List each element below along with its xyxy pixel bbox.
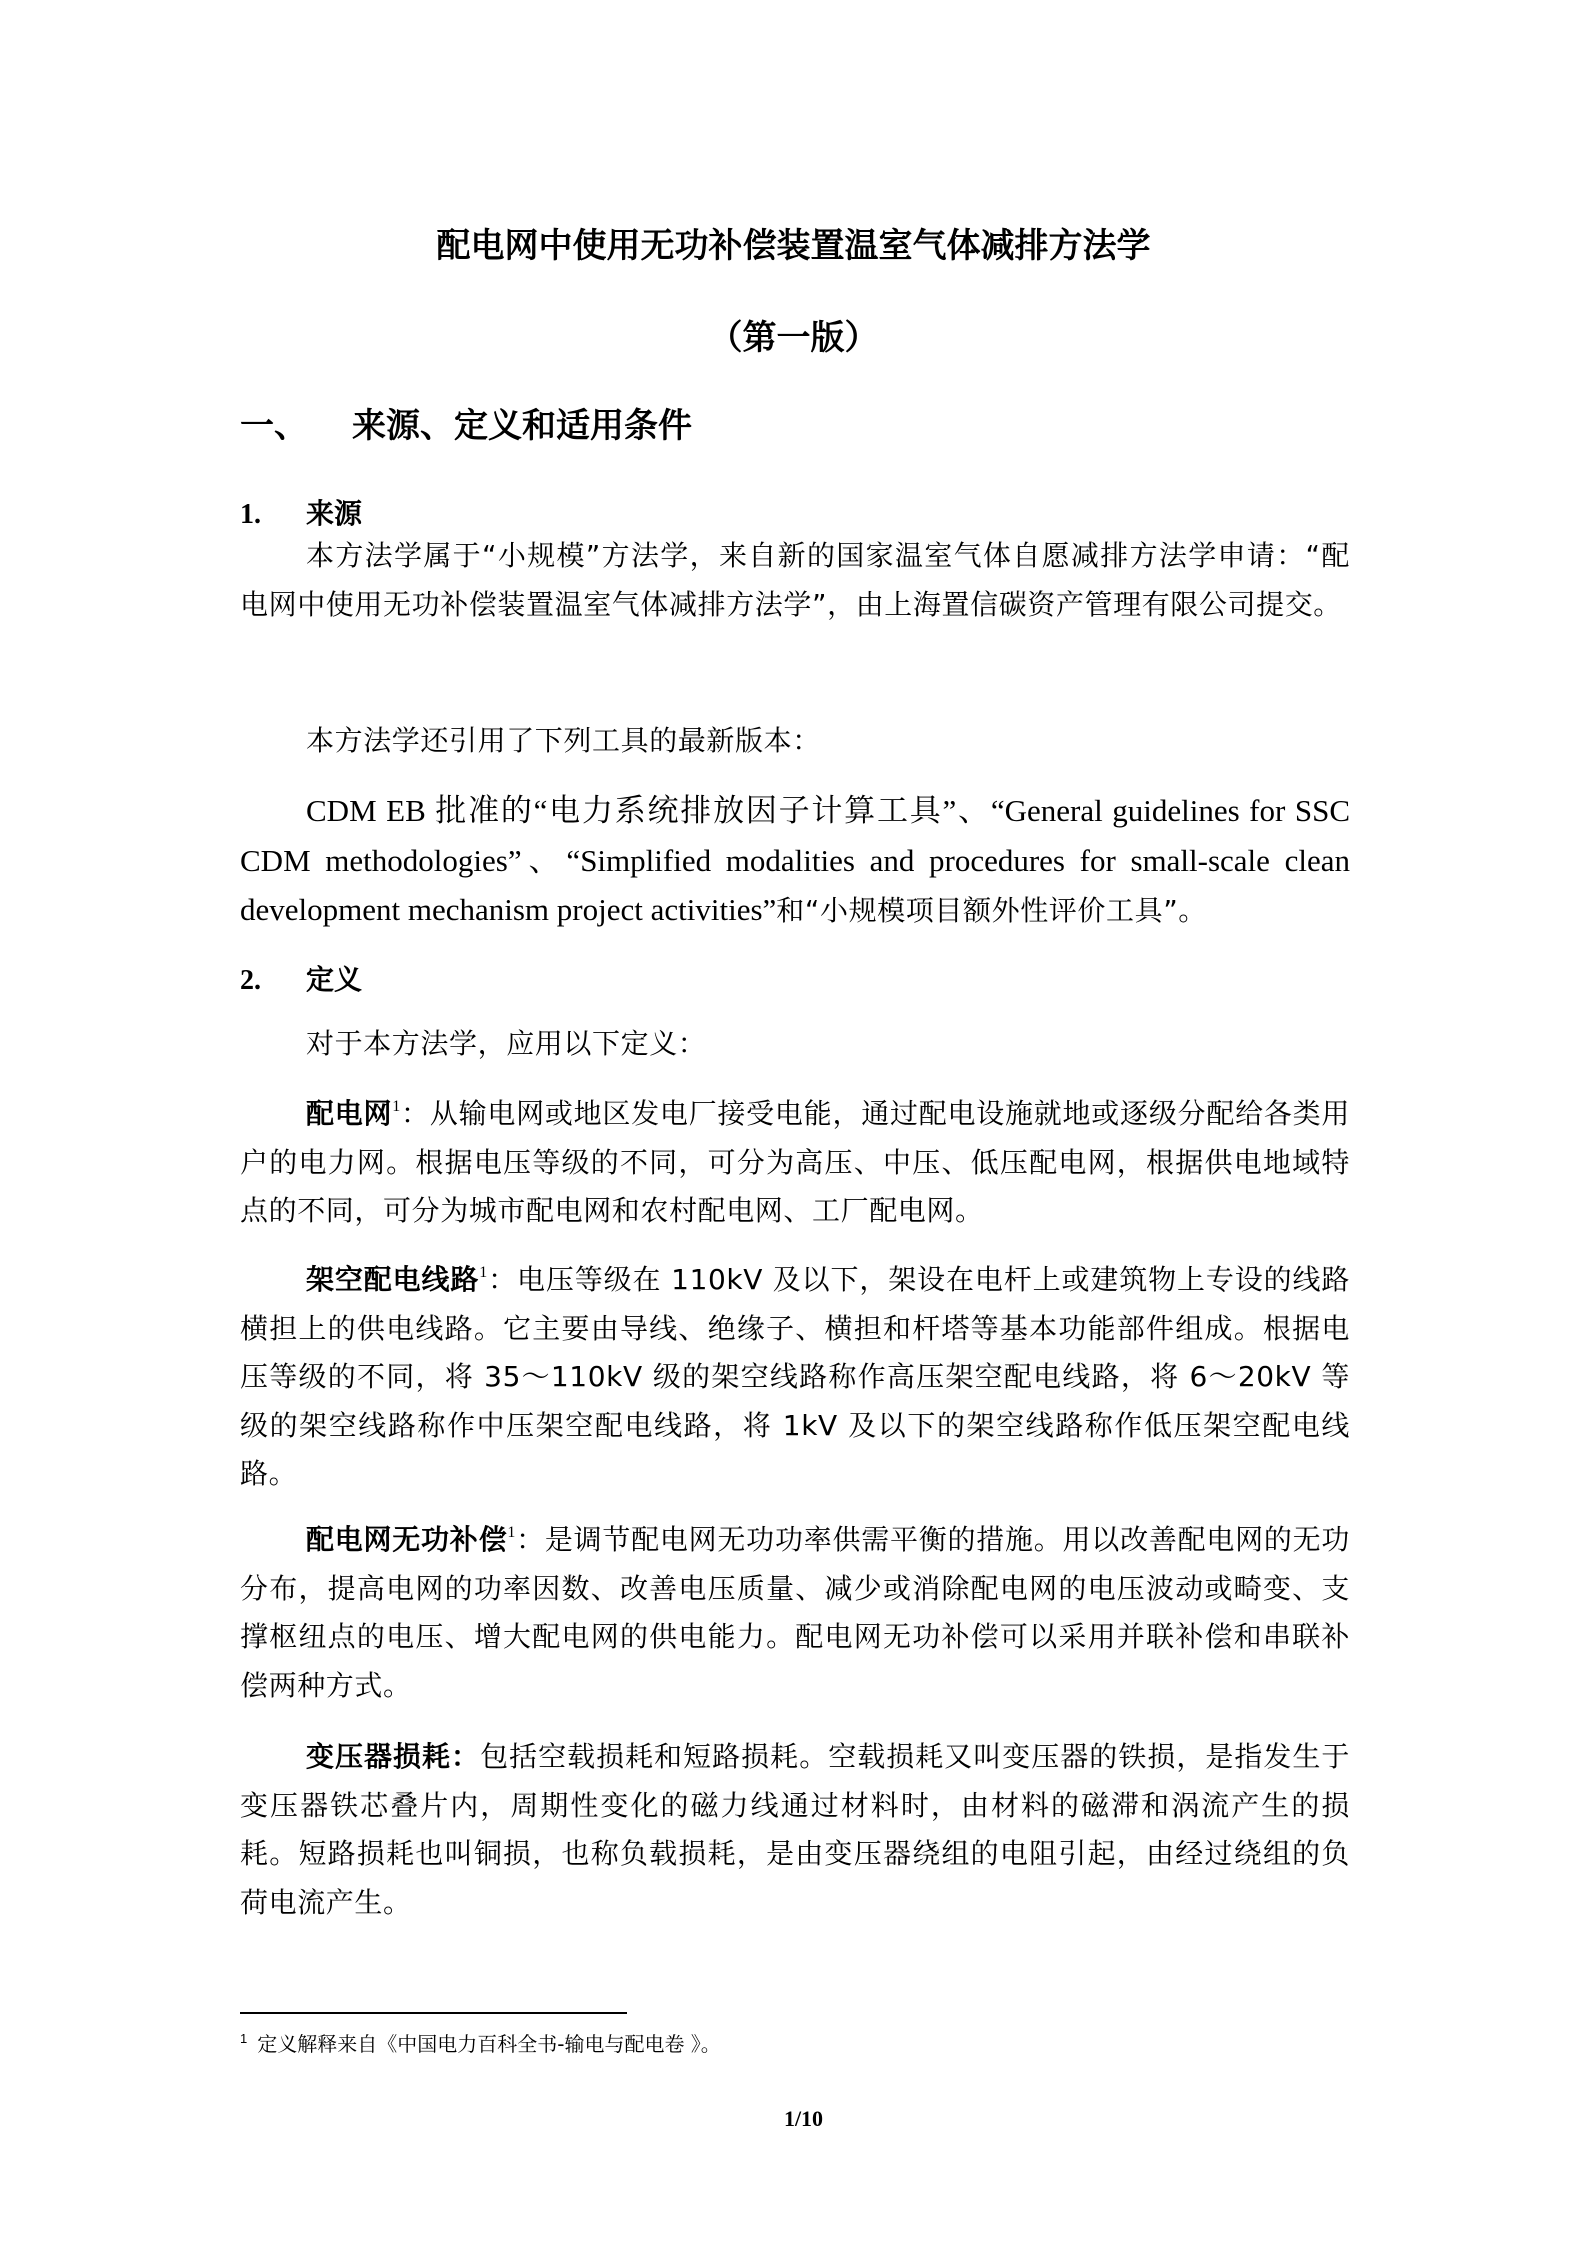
definition-text: ：从输电网或地区发电厂接受电能，通过配电设施就地或逐级分配给各类用户的电力网。根… <box>240 1097 1350 1227</box>
definition-text: ：电压等级在 110kV 及以下，架设在电杆上或建筑物上专设的线路横担上的供电线… <box>240 1263 1350 1490</box>
document-page: 配电网中使用无功补偿装置温室气体减排方法学 （第一版） 一、来源、定义和适用条件… <box>0 0 1587 2245</box>
definition-term: 配电网无功补偿 <box>306 1523 507 1556</box>
subsection-title: 来源 <box>306 497 362 530</box>
footnote-text: 定义解释来自《中国电力百科全书-输电与配电卷 》。 <box>257 2032 721 2056</box>
page-number: 1/10 <box>0 2106 1587 2132</box>
subsection-title: 定义 <box>306 963 362 996</box>
paragraph-definitions-intro: 对于本方法学，应用以下定义： <box>240 1020 1350 1069</box>
definition-overhead-line: 架空配电线路1：电压等级在 110kV 及以下，架设在电杆上或建筑物上专设的线路… <box>240 1256 1350 1499</box>
definition-transformer-loss: 变压器损耗：包括空载损耗和短路损耗。空载损耗又叫变压器的铁损，是指发生于变压器铁… <box>240 1733 1350 1927</box>
footnote-ref[interactable]: 1 <box>479 1264 488 1281</box>
paragraph-tools-list: CDM EB 批准的“电力系统排放因子计算工具”、“General guidel… <box>240 787 1350 936</box>
section-title: 来源、定义和适用条件 <box>352 406 692 446</box>
definition-reactive-compensation: 配电网无功补偿1：是调节配电网无功功率供需平衡的措施。用以改善配电网的无功分布，… <box>240 1516 1350 1710</box>
document-subtitle: （第一版） <box>0 310 1587 359</box>
definition-term: 变压器损耗： <box>306 1740 480 1773</box>
definition-distribution-network: 配电网1：从输电网或地区发电厂接受电能，通过配电设施就地或逐级分配给各类用户的电… <box>240 1090 1350 1236</box>
paragraph-tools-intro: 本方法学还引用了下列工具的最新版本： <box>240 717 1350 766</box>
definition-term: 配电网 <box>306 1097 392 1130</box>
section-heading: 一、来源、定义和适用条件 <box>240 398 692 447</box>
footnote-ref[interactable]: 1 <box>507 1524 516 1541</box>
definition-term: 架空配电线路 <box>306 1263 479 1296</box>
subsection-heading-source: 1.来源 <box>240 492 362 532</box>
subsection-number: 2. <box>240 965 306 997</box>
tools-list-tail: 和“小规模项目额外性评价工具”。 <box>776 894 1207 927</box>
footnote-ref[interactable]: 1 <box>392 1098 401 1115</box>
footnote-marker: 1 <box>240 2031 247 2046</box>
subsection-heading-definitions: 2.定义 <box>240 958 362 998</box>
section-number: 一、 <box>240 398 352 447</box>
footnote-divider <box>240 2012 627 2014</box>
paragraph-source: 本方法学属于“小规模”方法学，来自新的国家温室气体自愿减排方法学申请：“配电网中… <box>240 532 1350 629</box>
document-title: 配电网中使用无功补偿装置温室气体减排方法学 <box>0 218 1587 267</box>
footnote: 1定义解释来自《中国电力百科全书-输电与配电卷 》。 <box>240 2028 721 2057</box>
subsection-number: 1. <box>240 499 306 531</box>
